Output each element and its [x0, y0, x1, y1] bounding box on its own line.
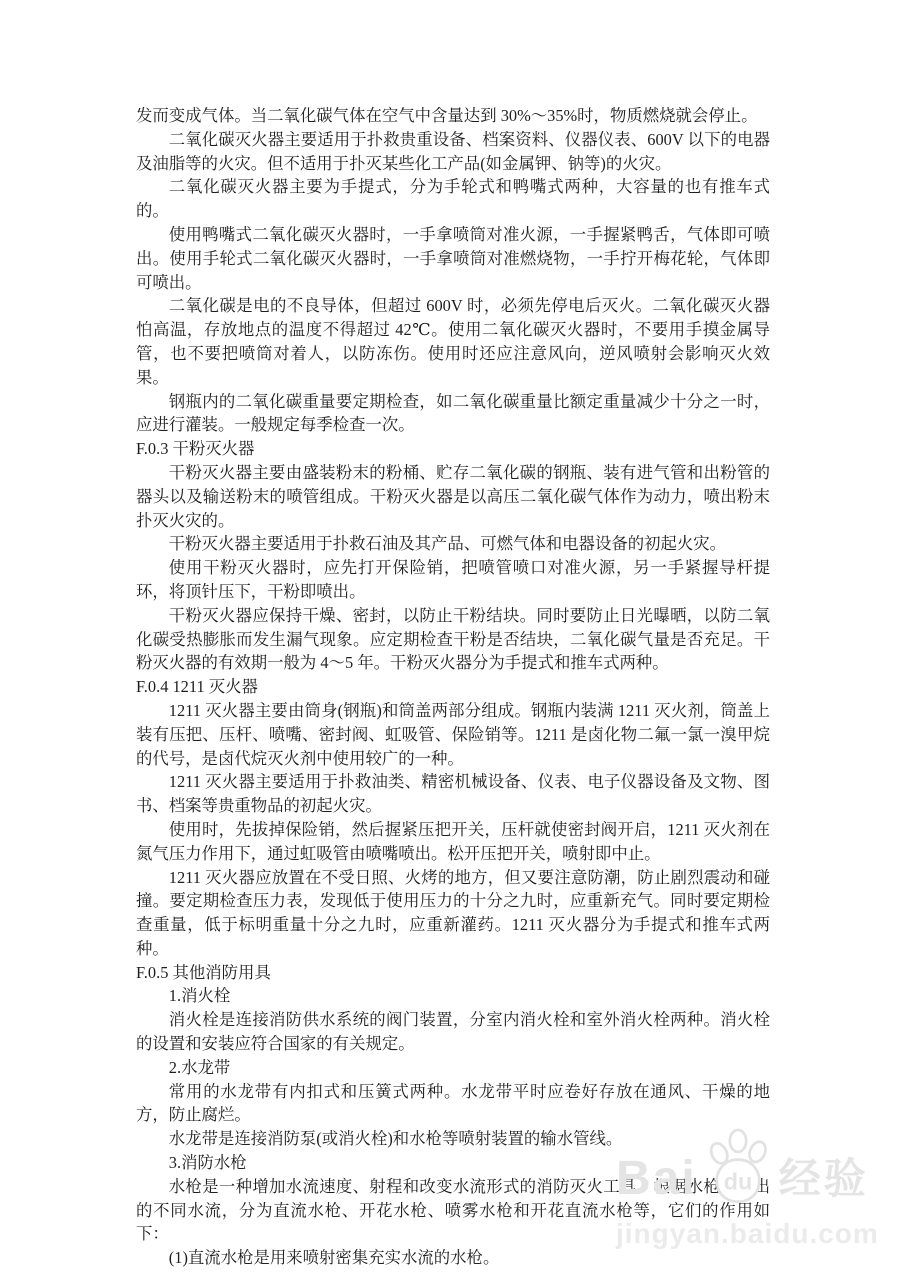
baidu-jingyan-watermark: Bai du 经验 jingyan.baidu.com: [616, 1138, 878, 1250]
paragraph: 钢瓶内的二氧化碳重量要定期检查，如二氧化碳重量比额定重量减少十分之一时，应进行灌…: [136, 390, 770, 438]
section-heading-f05: F.0.5 其他消防用具: [136, 961, 770, 985]
jingyan-logo-text: 经验: [779, 1158, 869, 1200]
paragraph: 二氧化碳灭火器主要为手提式，分为手轮式和鸭嘴式两种，大容量的也有推车式的。: [136, 175, 770, 223]
paragraph: 1211 灭火器主要由筒身(钢瓶)和筒盖两部分组成。钢瓶内装满 1211 灭火剂…: [136, 699, 770, 770]
list-item-hose-title: 2.水龙带: [136, 1056, 770, 1080]
watermark-url-text: jingyan.baidu.com: [616, 1218, 878, 1250]
svg-text:du: du: [723, 1168, 752, 1194]
paragraph: 干粉灭火器主要适用于扑救石油及其产品、可燃气体和电器设备的初起火灾。: [136, 532, 770, 556]
paragraph: 二氧化碳灭火器主要适用于扑救贵重设备、档案资料、仪器仪表、600V 以下的电器及…: [136, 128, 770, 176]
paragraph: 二氧化碳是电的不良导体，但超过 600V 时，必须先停电后灭火。二氧化碳灭火器怕…: [136, 294, 770, 389]
list-item-hydrant-title: 1.消火栓: [136, 984, 770, 1008]
paragraph: 干粉灭火器应保持干燥、密封，以防止干粉结块。同时要防止日光曝晒，以防二氧化碳受热…: [136, 604, 770, 675]
paragraph: 1211 灭火器应放置在不受日照、火烤的地方，但又要注意防潮，防止剧烈震动和碰撞…: [136, 866, 770, 961]
paragraph: 1211 灭火器主要适用于扑救油类、精密机械设备、仪表、电子仪器设备及文物、图书…: [136, 770, 770, 818]
section-heading-f04: F.0.4 1211 灭火器: [136, 675, 770, 699]
paragraph: 使用时，先拔掉保险销，然后握紧压把开关，压杆就使密封阀开启，1211 灭火剂在氮…: [136, 818, 770, 866]
paragraph: 使用鸭嘴式二氧化碳灭火器时，一手拿喷筒对准火源，一手握紧鸭舌，气体即可喷出。使用…: [136, 223, 770, 294]
paragraph: 发而变成气体。当二氧化碳气体在空气中含量达到 30%～35%时，物质燃烧就会停止…: [136, 104, 770, 128]
document-page: 发而变成气体。当二氧化碳气体在空气中含量达到 30%～35%时，物质燃烧就会停止…: [0, 0, 904, 1280]
baidu-paw-icon: du: [699, 1128, 777, 1210]
paragraph: 干粉灭火器主要由盛装粉末的粉桶、贮存二氧化碳的钢瓶、装有进气管和出粉管的器头以及…: [136, 461, 770, 532]
paragraph: 使用干粉灭火器时，应先打开保险销，把喷管喷口对准火源，另一手紧握导杆提环，将顶针…: [136, 556, 770, 604]
baidu-logo-text: Bai: [616, 1155, 697, 1203]
section-heading-f03: F.0.3 干粉灭火器: [136, 437, 770, 461]
document-body-text: 发而变成气体。当二氧化碳气体在空气中含量达到 30%～35%时，物质燃烧就会停止…: [136, 104, 770, 1270]
watermark-logo-row: Bai du 经验: [616, 1138, 878, 1220]
paragraph: 消火栓是连接消防供水系统的阀门装置，分室内消火栓和室外消火栓两种。消火栓的设置和…: [136, 1008, 770, 1056]
paragraph: 常用的水龙带有内扣式和压簧式两种。水龙带平时应卷好存放在通风、干燥的地方，防止腐…: [136, 1080, 770, 1128]
